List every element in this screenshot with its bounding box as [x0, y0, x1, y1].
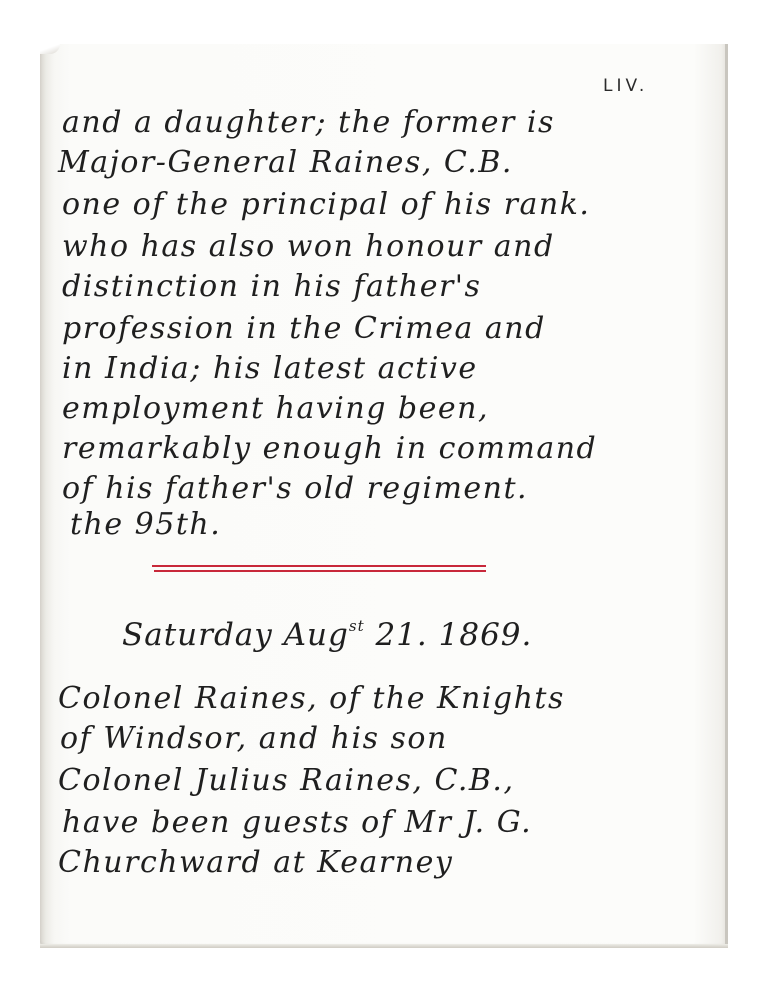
date-month: Aug — [284, 617, 349, 653]
text-line: who has also won honour and — [62, 232, 555, 262]
date-day-year: 21. 1869. — [375, 617, 532, 653]
page-edge-bottom — [40, 944, 728, 948]
text-line: profession in the Crimea and — [62, 314, 546, 344]
red-divider-rule-bottom — [154, 570, 486, 572]
text-line: of Windsor, and his son — [60, 724, 448, 754]
page-edge-right — [725, 44, 728, 948]
text-line: have been guests of Mr J. G. — [62, 808, 532, 838]
text-line: the 95th. — [70, 510, 221, 540]
date-month-superscript: st — [349, 617, 365, 635]
text-line: in India; his latest active — [62, 354, 478, 384]
text-line: Churchward at Kearney — [58, 848, 453, 878]
folio-number: LIV. — [603, 76, 648, 96]
entry-date: Saturday Augst 21. 1869. — [122, 617, 532, 653]
text-line: Major-General Raines, C.B. — [58, 148, 513, 178]
text-line: remarkably enough in command — [62, 434, 597, 464]
text-line: Colonel Raines, of the Knights — [58, 684, 565, 714]
text-line: Colonel Julius Raines, C.B., — [58, 766, 515, 796]
text-line: one of the principal of his rank. — [62, 190, 590, 220]
text-line: and a daughter; the former is — [62, 108, 555, 138]
text-line: employment having been, — [62, 394, 489, 424]
scan-canvas: LIV. and a daughter; the former is Major… — [0, 0, 768, 994]
red-divider-rule-top — [152, 565, 486, 567]
date-weekday: Saturday — [122, 617, 273, 653]
text-line: of his father's old regiment. — [62, 474, 528, 504]
manuscript-page: LIV. and a daughter; the former is Major… — [40, 44, 728, 948]
text-line: distinction in his father's — [62, 272, 481, 302]
